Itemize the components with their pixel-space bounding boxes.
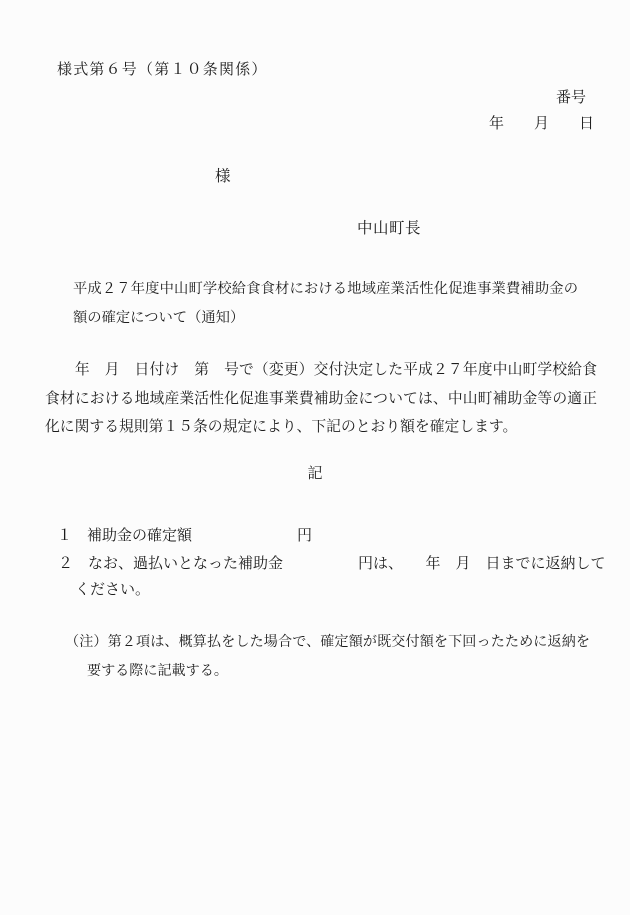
body-line-1: 年 月 日付け 第 号で（変更）交付決定した平成２７年度中山町学校給食 — [45, 362, 597, 379]
record-marker: 記 — [0, 466, 630, 483]
note-line-2: 要する際に記載する。 — [87, 663, 228, 679]
body-line-3: 化に関する規則第１５条の規定により、下記のとおり額を確定します。 — [45, 419, 517, 436]
item-2-line-2: ください。 — [75, 582, 150, 599]
sender-name: 中山町長 — [357, 220, 421, 238]
item-1-determined-amount: １ 補助金の確定額 円 — [57, 528, 312, 545]
document-number-label: 番号 — [556, 90, 586, 107]
subject-line-1: 平成２７年度中山町学校給食食材における地域産業活性化促進事業費補助金の — [73, 281, 578, 298]
note-line-1: （注）第２項は、概算払をした場合で、確定額が既交付額を下回ったために返納を — [65, 634, 590, 650]
date-line: 年 月 日 — [489, 116, 594, 133]
document-page: 様式第６号（第１０条関係） 番号 年 月 日 様 中山町長 平成２７年度中山町学… — [0, 0, 630, 915]
item-2-line-1: ２ なお、過払いとなった補助金 円は、 年 月 日までに返納して — [58, 556, 606, 573]
subject-line-2: 額の確定について（通知） — [73, 310, 244, 327]
body-line-2: 食材における地域産業活性化促進事業費補助金については、中山町補助金等の適正 — [45, 391, 597, 408]
addressee-suffix: 様 — [215, 168, 231, 186]
form-number: 様式第６号（第１０条関係） — [57, 62, 268, 79]
